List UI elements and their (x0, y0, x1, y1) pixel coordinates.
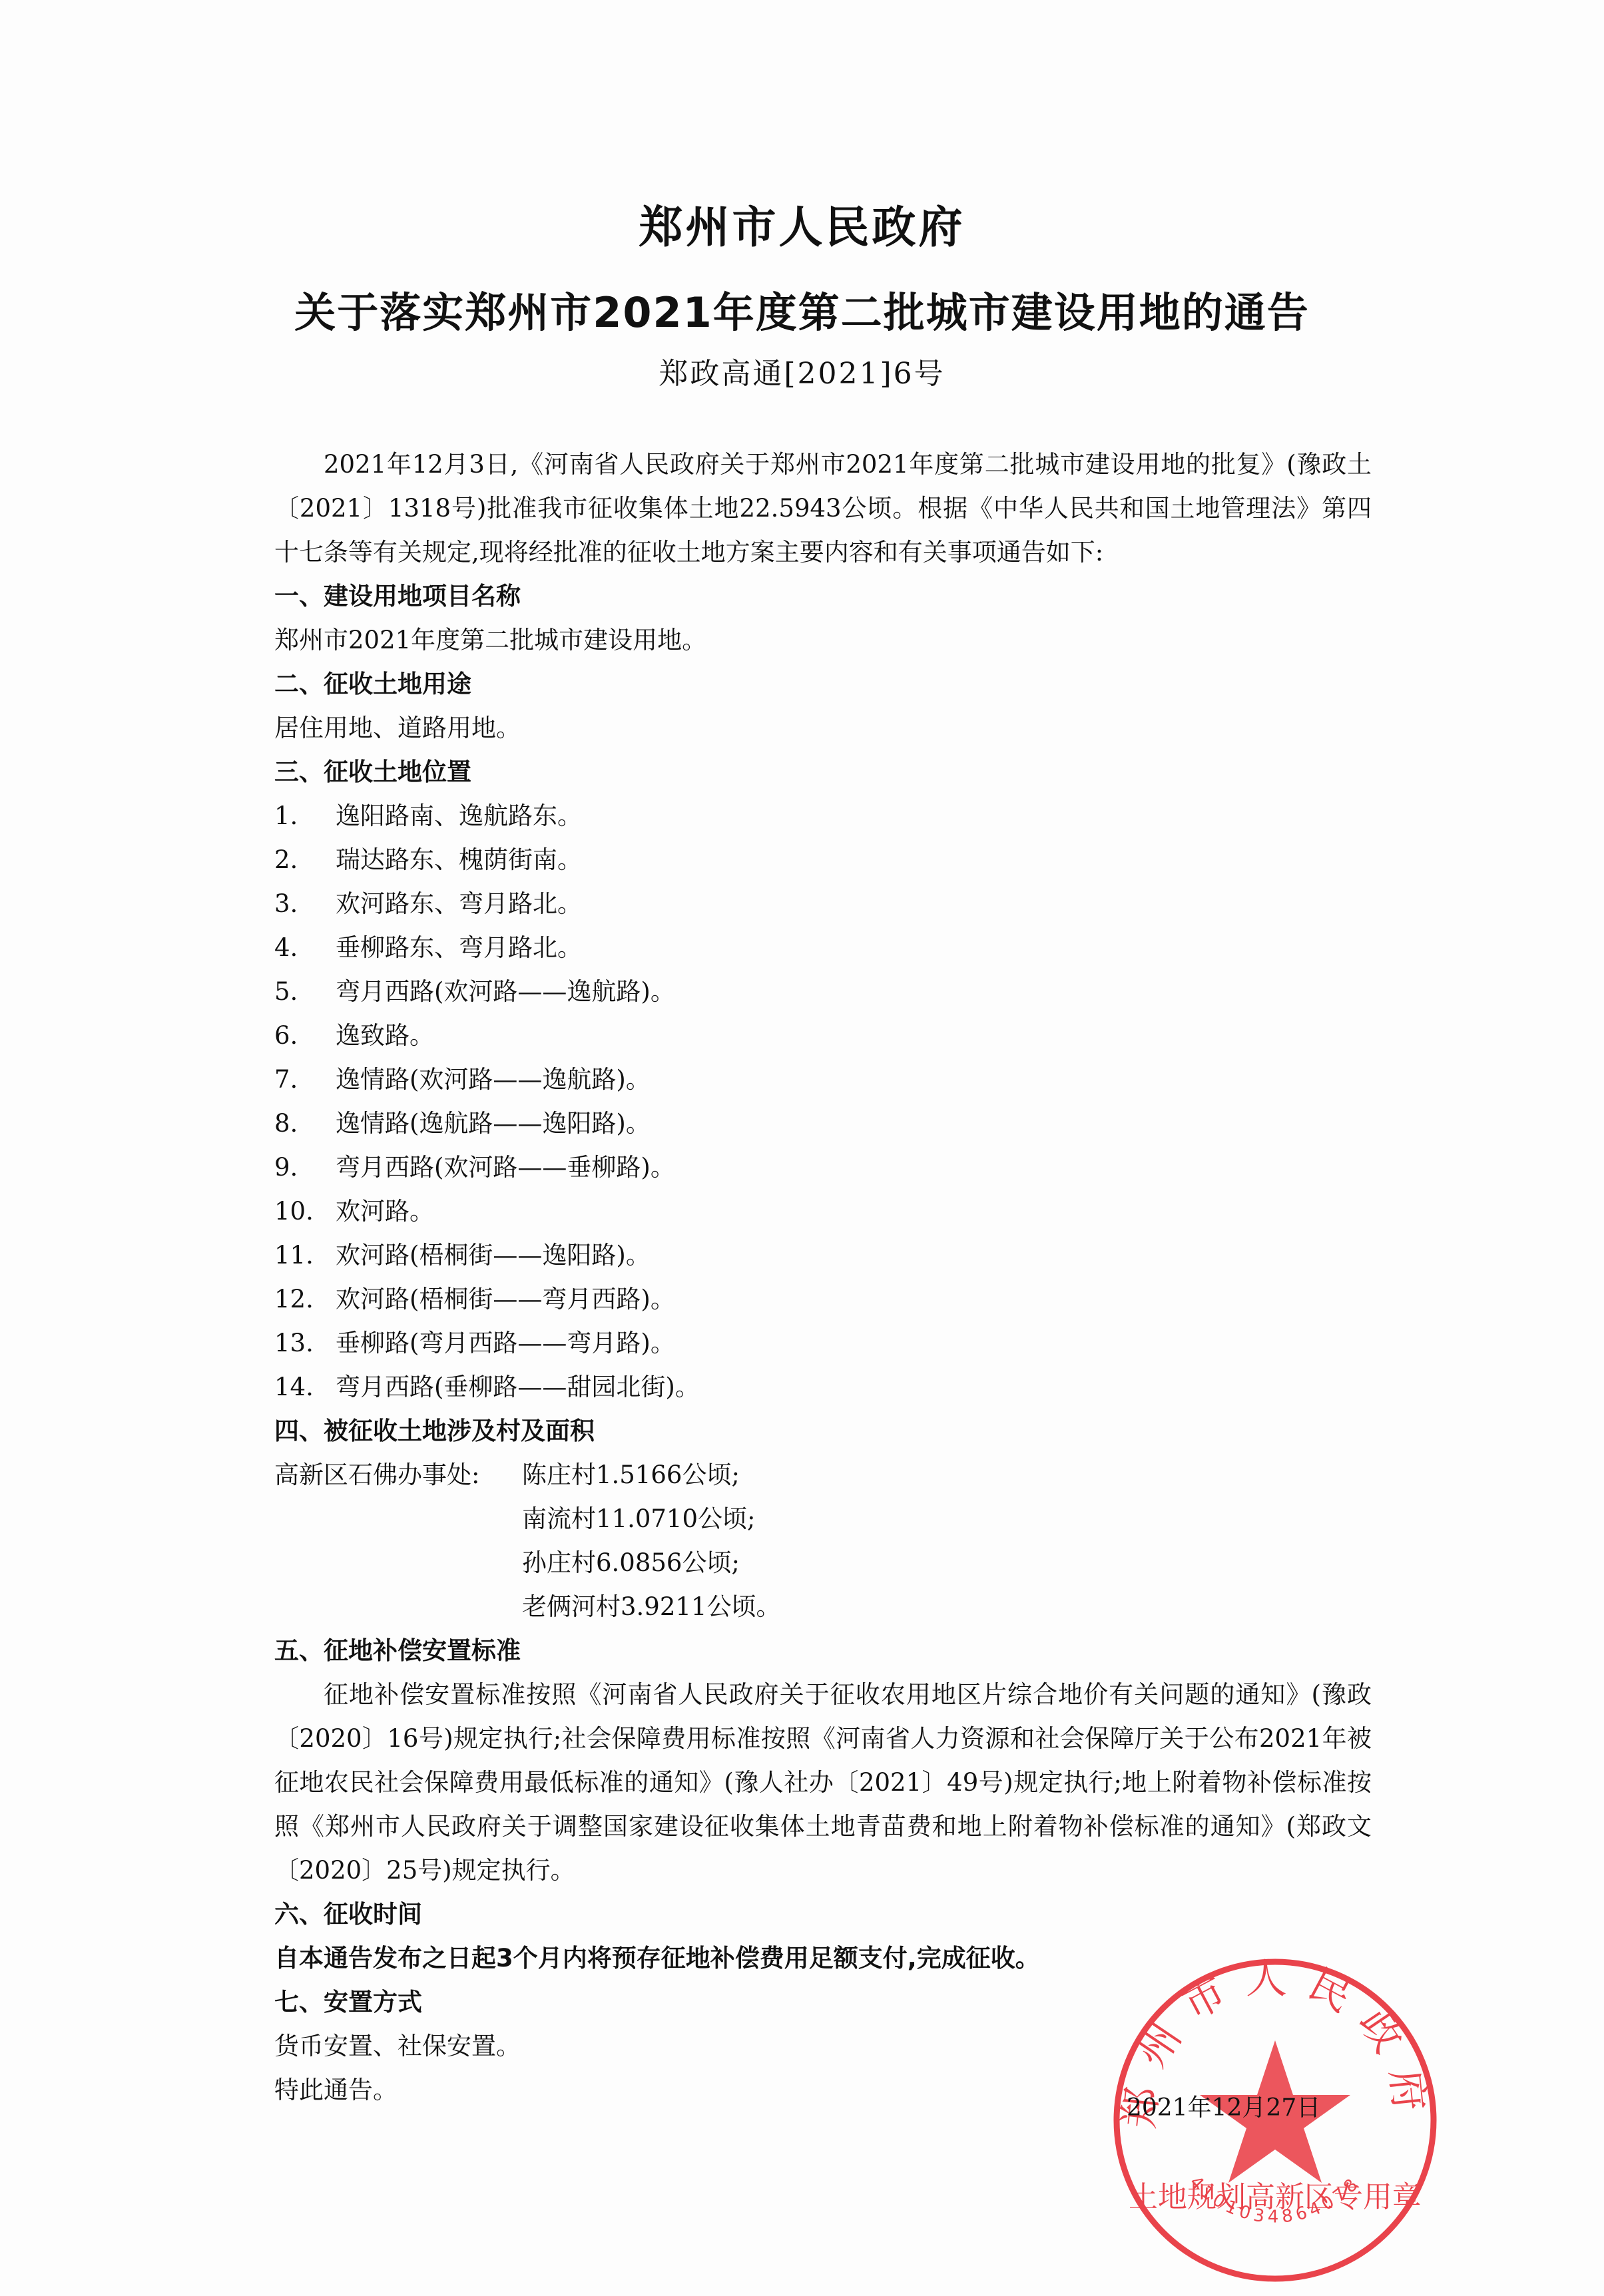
issue-date: 2021年12月27日 (1127, 2089, 1320, 2123)
issuer-title: 郑州市人民政府 (0, 192, 1604, 255)
list-item: 2.瑞达路东、槐荫街南。 (274, 838, 1372, 882)
list-item: 6.逸致路。 (274, 1014, 1372, 1058)
notice-body: 2021年12月3日,《河南省人民政府关于郑州市2021年度第二批城市建设用地的… (274, 443, 1372, 2112)
village-list: 高新区石佛办事处:陈庄村1.5166公顷; 南流村11.0710公顷; 孙庄村6… (274, 1453, 1372, 1629)
section-heading-4: 四、被征收土地涉及村及面积 (274, 1409, 1372, 1453)
notice-title: 关于落实郑州市2021年度第二批城市建设用地的通告 (0, 280, 1604, 339)
intro-paragraph: 2021年12月3日,《河南省人民政府关于郑州市2021年度第二批城市建设用地的… (274, 443, 1372, 574)
section-heading-1: 一、建设用地项目名称 (274, 574, 1372, 618)
list-item: 1.逸阳路南、逸航路东。 (274, 794, 1372, 838)
list-item: 8.逸情路(逸航路——逸阳路)。 (274, 1102, 1372, 1146)
land-use: 居住用地、道路用地。 (274, 706, 1372, 750)
section-heading-3: 三、征收土地位置 (274, 750, 1372, 794)
list-item: 3.欢河路东、弯月路北。 (274, 882, 1372, 926)
document-page: 郑州市人民政府 关于落实郑州市2021年度第二批城市建设用地的通告 郑政高通[2… (0, 0, 1604, 2296)
list-item: 14.弯月西路(垂柳路——甜园北街)。 (274, 1365, 1372, 1409)
list-item: 孙庄村6.0856公顷; (274, 1541, 1372, 1585)
list-item: 南流村11.0710公顷; (274, 1497, 1372, 1541)
location-list: 1.逸阳路南、逸航路东。 2.瑞达路东、槐荫街南。 3.欢河路东、弯月路北。 4… (274, 794, 1372, 1409)
list-item: 5.弯月西路(欢河路——逸航路)。 (274, 970, 1372, 1014)
list-item: 9.弯月西路(欢河路——垂柳路)。 (274, 1146, 1372, 1190)
list-item: 4.垂柳路东、弯月路北。 (274, 926, 1372, 970)
list-item: 高新区石佛办事处:陈庄村1.5166公顷; (274, 1453, 1372, 1497)
section-heading-6: 六、征收时间 (274, 1893, 1372, 1937)
list-item: 13.垂柳路(弯月西路——弯月路)。 (274, 1321, 1372, 1365)
list-item: 老俩河村3.9211公顷。 (274, 1585, 1372, 1629)
section-heading-5: 五、征地补偿安置标准 (274, 1629, 1372, 1673)
list-item: 11.欢河路(梧桐街——逸阳路)。 (274, 1234, 1372, 1277)
project-name: 郑州市2021年度第二批城市建设用地。 (274, 618, 1372, 662)
compensation-standards: 征地补偿安置标准按照《河南省人民政府关于征收农用地区片综合地价有关问题的通知》(… (274, 1673, 1372, 1893)
list-item: 12.欢河路(梧桐街——弯月西路)。 (274, 1277, 1372, 1321)
subdistrict-office: 高新区石佛办事处: (274, 1453, 522, 1497)
list-item: 7.逸情路(欢河路——逸航路)。 (274, 1058, 1372, 1102)
section-heading-2: 二、征收土地用途 (274, 662, 1372, 706)
list-item: 10.欢河路。 (274, 1190, 1372, 1234)
document-number: 郑政高通[2021]6号 (0, 349, 1604, 392)
